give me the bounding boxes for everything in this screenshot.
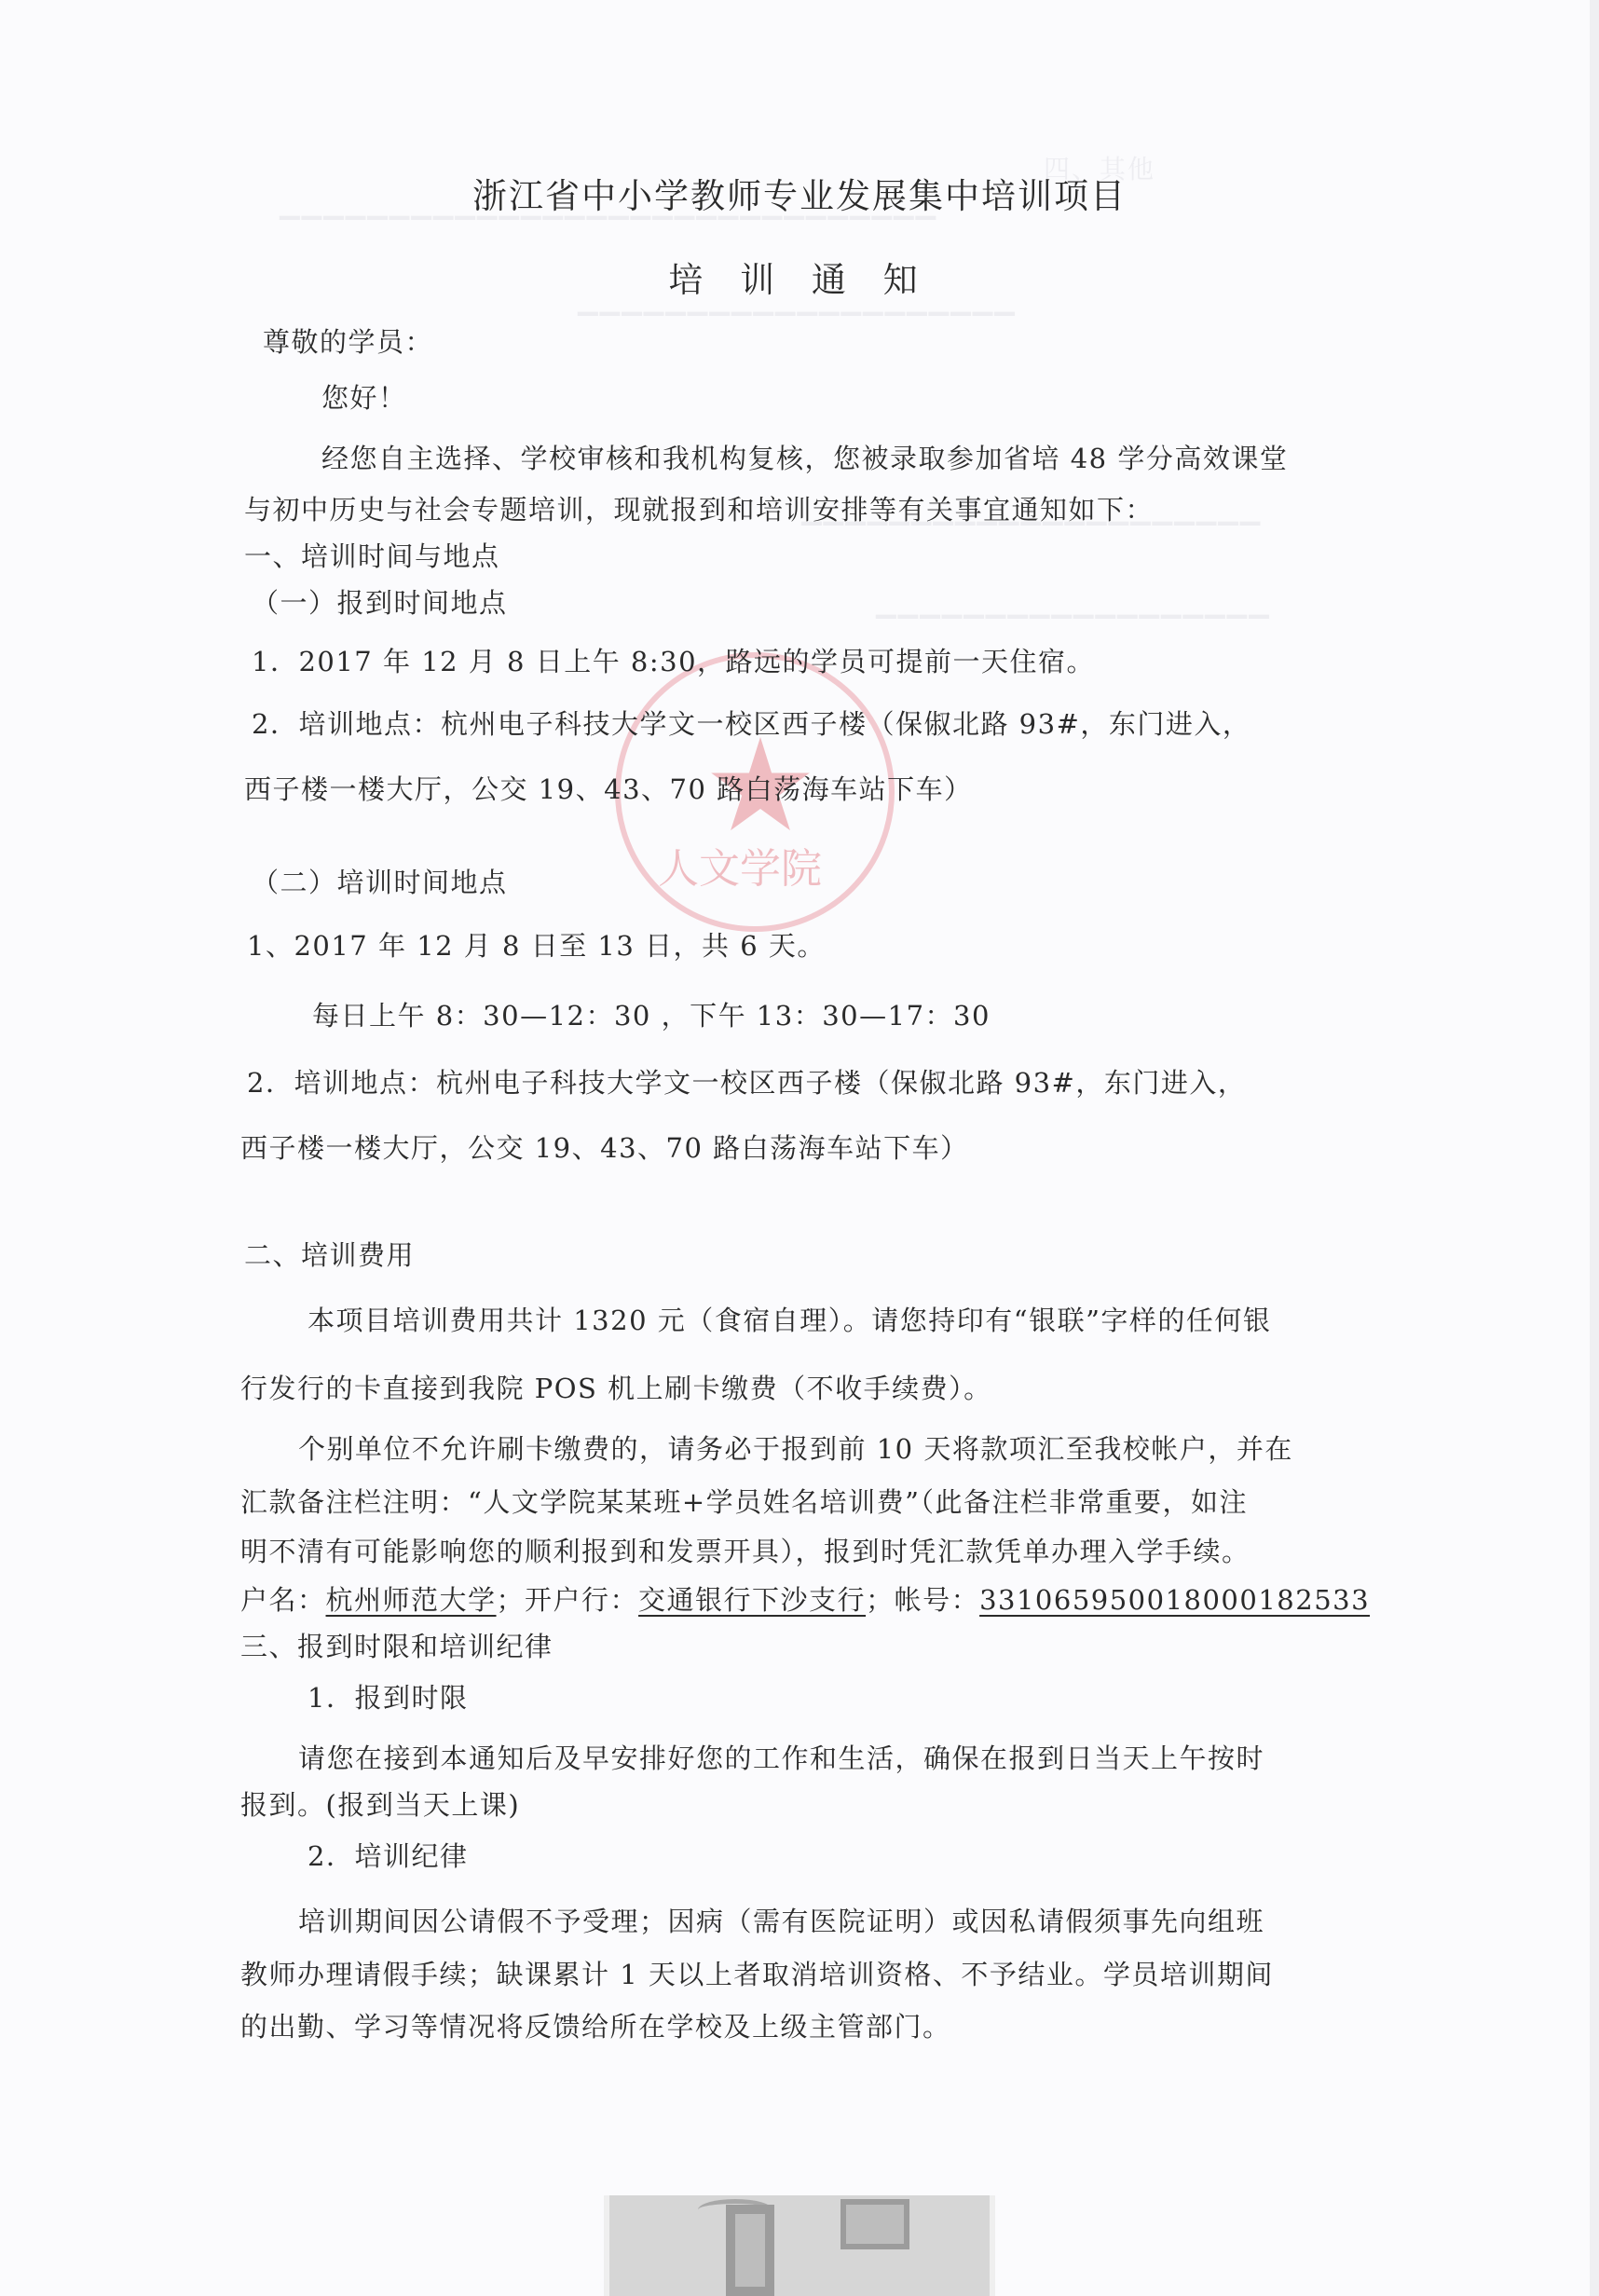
salutation: 尊敬的学员： bbox=[263, 321, 433, 360]
document-title: 浙江省中小学教师专业发展集中培训项目 bbox=[0, 168, 1599, 218]
section-1-heading: 一、培训时间与地点 bbox=[244, 536, 500, 574]
intro-line-2: 与初中历史与社会专题培训，现就报到和培训安排等有关事宜通知如下： bbox=[244, 489, 1154, 527]
section-2-para-2-line-3: 明不清有可能影响您的顺利报到和发票开具），报到时凭汇款凭单办理入学手续。 bbox=[240, 1531, 1250, 1569]
section-1-sub-1-item-2-line-2: 西子楼一楼大厅，公交 19、43、70 路白荡海车站下车） bbox=[244, 769, 973, 807]
section-1-sub-2-heading: （二）培训时间地点 bbox=[252, 862, 508, 900]
bank-label: ；开户行： bbox=[497, 1584, 639, 1616]
section-3-sub-1-heading: 1．报到时限 bbox=[307, 1677, 468, 1715]
section-3-sub-1-line-1: 请您在接到本通知后及早安排好您的工作和生活，确保在报到日当天上午按时 bbox=[298, 1738, 1264, 1776]
bank-account-info: 户名：杭州师范大学；开户行：交通银行下沙支行；帐号：33106595001800… bbox=[240, 1579, 1370, 1618]
section-1-sub-2-item-2-line-2: 西子楼一楼大厅，公交 19、43、70 路白荡海车站下车） bbox=[240, 1127, 969, 1166]
account-name-value: 杭州师范大学 bbox=[326, 1584, 497, 1616]
section-2-para-1-line-1: 本项目培训费用共计 1320 元（食宿自理）。请您持印有“银联”字样的任何银 bbox=[307, 1300, 1271, 1338]
section-1-sub-2-schedule: 每日上午 8：30—12：30 ，下午 13：30—17：30 bbox=[312, 995, 991, 1033]
scanned-document-page: 四、其他 ▔▔▔▔▔▔▔▔▔▔▔▔▔▔▔▔▔▔▔▔▔▔▔▔▔▔▔▔▔▔ ▔▔▔▔… bbox=[0, 0, 1599, 2296]
account-number-label: ；帐号： bbox=[866, 1584, 979, 1616]
section-3-sub-2-heading: 2．培训纪律 bbox=[307, 1836, 468, 1874]
bleed-through-text: ▔▔▔▔▔▔▔▔▔▔▔▔▔▔▔▔▔▔▔▔ bbox=[578, 312, 1017, 343]
section-2-para-2-line-1: 个别单位不允许刷卡缴费的，请务必于报到前 10 天将款项汇至我校帐户，并在 bbox=[298, 1428, 1293, 1467]
bank-value: 交通银行下沙支行 bbox=[638, 1584, 866, 1616]
greeting: 您好！ bbox=[321, 377, 407, 416]
section-1-sub-2-item-2-line-1: 2．培训地点：杭州电子科技大学文一校区西子楼（保俶北路 93#，东门进入， bbox=[247, 1062, 1246, 1100]
section-1-sub-1-item-2-line-1: 2．培训地点：杭州电子科技大学文一校区西子楼（保俶北路 93#，东门进入， bbox=[252, 704, 1250, 742]
document-subtitle: 培 训 通 知 bbox=[0, 252, 1599, 302]
section-3-sub-1-line-2: 报到。(报到当天上课) bbox=[240, 1784, 520, 1823]
section-2-heading: 二、培训费用 bbox=[244, 1235, 415, 1273]
section-1-sub-2-item-1: 1、2017 年 12 月 8 日至 13 日，共 6 天。 bbox=[247, 925, 826, 963]
section-3-sub-2-line-2: 教师办理请假手续；缺课累计 1 天以上者取消培训资格、不予结业。学员培训期间 bbox=[240, 1954, 1274, 1992]
section-1-sub-1-heading: （一）报到时间地点 bbox=[252, 582, 508, 621]
bottom-image-strip bbox=[604, 2195, 995, 2296]
account-name-label: 户名： bbox=[240, 1584, 326, 1616]
section-2-para-2-line-2: 汇款备注栏注明：“人文学院某某班+学员姓名培训费”（此备注栏非常重要，如注 bbox=[240, 1482, 1248, 1520]
section-1-sub-1-item-1: 1．2017 年 12 月 8 日上午 8:30，路远的学员可提前一天住宿。 bbox=[252, 641, 1095, 679]
scan-edge bbox=[1590, 0, 1599, 2296]
film-strip-icon bbox=[726, 2205, 774, 2296]
section-3-heading: 三、报到时限和培训纪律 bbox=[240, 1626, 553, 1664]
picture-frame-icon bbox=[840, 2199, 909, 2249]
seal-text-bottom: 人文学院 bbox=[658, 835, 822, 895]
intro-line-1: 经您自主选择、学校审核和我机构复核，您被录取参加省培 48 学分高效课堂 bbox=[321, 438, 1288, 476]
section-3-sub-2-line-1: 培训期间因公请假不予受理；因病（需有医院证明）或因私请假须事先向组班 bbox=[298, 1901, 1264, 1939]
section-2-para-1-line-2: 行发行的卡直接到我院 POS 机上刷卡缴费（不收手续费）。 bbox=[240, 1368, 992, 1406]
bleed-through-text: ▔▔▔▔▔▔▔▔▔▔▔▔▔▔▔▔▔▔▔▔▔▔▔▔▔▔▔▔▔▔ bbox=[280, 216, 937, 247]
account-number-value: 331065950018000182533 bbox=[979, 1584, 1370, 1616]
section-3-sub-2-line-3: 的出勤、学习等情况将反馈给所在学校及上级主管部门。 bbox=[240, 2006, 951, 2044]
